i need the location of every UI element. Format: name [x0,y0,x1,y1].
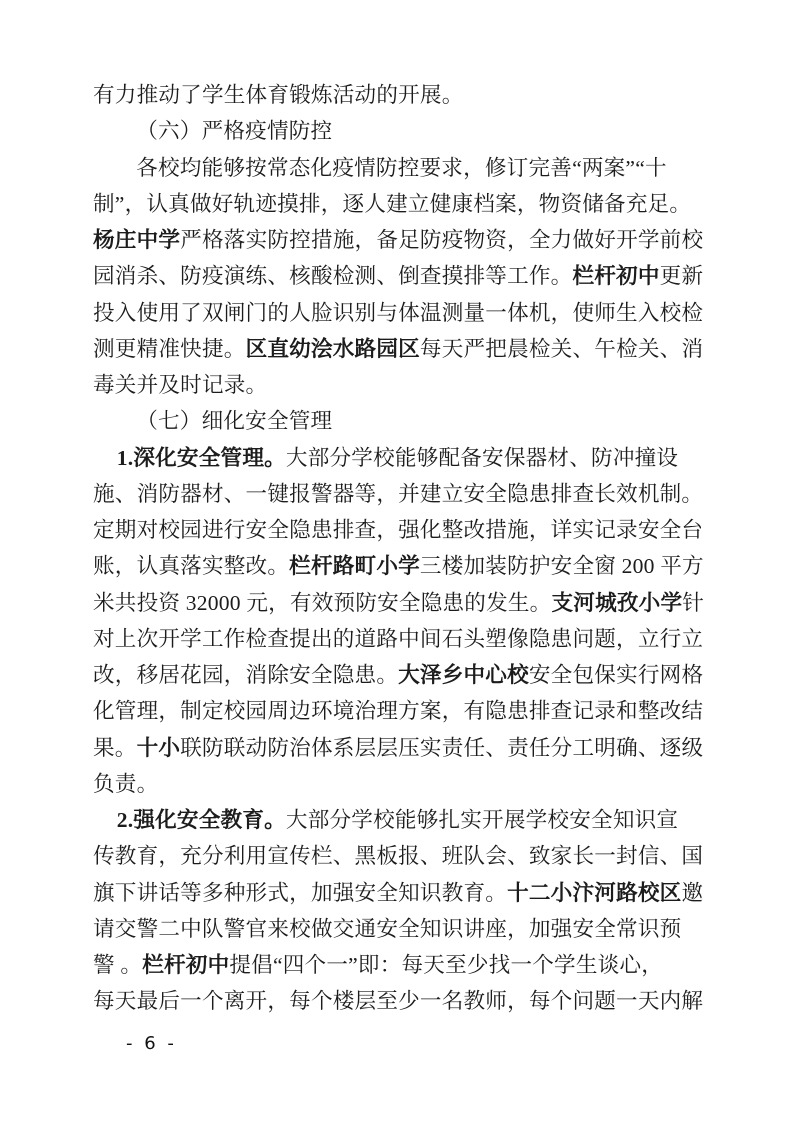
text-run: 每天严把晨检关、午检关、消 [420,337,703,361]
text-run: 园消杀、防疫演练、核酸检测、倒查摸排等工作。 [93,264,572,288]
text-line: 制”，认真做好轨迹摸排，逐人建立健康档案，物资储备充足。 [93,186,705,222]
emphasis-text-run: 杨庄中学 [93,228,180,252]
text-run: 施、消防器材、一键报警器等，并建立安全隐患排查长效机制。 [93,482,703,506]
text-run: 定期对校园进行安全隐患排查，强化整改措施，详实记录安全台 [93,518,703,542]
text-run: 负责。 [93,772,158,796]
text-run: 大部分学校能够配备安保器材、防冲撞设 [286,446,678,470]
text-run: 更新 [660,264,704,288]
text-run: 每天最后一个离开，每个楼层至少一名教师，每个问题一天内解 [93,989,703,1013]
text-line: 每天最后一个离开，每个楼层至少一名教师，每个问题一天内解 [93,983,705,1019]
text-run: 邀 [681,881,703,905]
emphasis-text-run: 支河城孜小学 [551,591,682,615]
text-run: 安全包保实行网格 [529,663,703,687]
text-run: 毒关并及时记录。 [93,373,267,397]
text-line: 改，移居花园，消除安全隐患。大泽乡中心校安全包保实行网格 [93,657,705,693]
text-run: 联防联动防治体系层层压实责任、责任分工明确、逐级 [180,736,703,760]
text-line: 请交警二中队警官来校做交通安全知识讲座，加强安全常识预 [93,911,705,947]
emphasis-text-run: 十二小汴河路校区 [507,881,681,905]
text-run: 测更精准快捷。 [93,337,246,361]
emphasis-text-run: 十小 [137,736,181,760]
emphasis-text-run: 栏杆初中 [142,953,229,977]
emphasis-text-run: 栏杆路町小学 [289,554,420,578]
text-run: 账，认真落实整改。 [93,554,289,578]
text-line: 有力推动了学生体育锻炼活动的开展。 [93,77,705,113]
emphasis-text-run: 大泽乡中心校 [398,663,529,687]
text-line: 毒关并及时记录。 [93,367,705,403]
text-run: 改，移居花园，消除安全隐患。 [93,663,398,687]
text-line: 投入使用了双闸门的人脸识别与体温测量一体机，使师生入校检 [93,295,705,331]
text-line: 各校均能够按常态化疫情防控要求，修订完善“两案”“十 [93,150,705,186]
text-run: 对上次开学工作检查提出的道路中间石头塑像隐患问题，立行立 [93,627,703,651]
text-run: 米共投资 32000 元，有效预防安全隐患的发生。 [93,591,551,615]
text-run: 请交警二中队警官来校做交通安全知识讲座，加强安全常识预 [93,917,681,941]
text-line: （六）严格疫情防控 [93,113,705,149]
text-line: 1.深化安全管理。大部分学校能够配备安保器材、防冲撞设 [93,440,705,476]
text-line: 施、消防器材、一键报警器等，并建立安全隐患排查长效机制。 [93,476,705,512]
text-run: 各校均能够按常态化疫情防控要求，修订完善“两案”“十 [136,156,667,180]
text-run: 果。 [93,736,137,760]
text-run: 三楼加装防护安全窗 200 平方 [420,554,704,578]
text-run: （六）严格疫情防控 [136,119,332,143]
text-line: （七）细化安全管理 [93,403,705,439]
page-number: - 6 - [126,1033,177,1054]
text-line: 测更精准快捷。区直幼浍水路园区每天严把晨检关、午检关、消 [93,331,705,367]
text-line: 对上次开学工作检查提出的道路中间石头塑像隐患问题，立行立 [93,621,705,657]
text-run: 传教育，充分利用宣传栏、黑板报、班队会、致家长一封信、国 [93,844,703,868]
text-run: 针 [682,591,704,615]
text-run: （七）细化安全管理 [136,409,332,433]
text-run: 有力推动了学生体育锻炼活动的开展。 [93,83,464,107]
emphasis-text-run: 区直幼浍水路园区 [246,337,420,361]
text-run: 化管理，制定校园周边环境治理方案，有隐患排查记录和整改结 [93,699,703,723]
text-run: 提倡“四个一”即：每天至少找一个学生谈心， [229,953,663,977]
text-run: 旗下讲话等多种形式，加强安全知识教育。 [93,881,507,905]
text-line: 旗下讲话等多种形式，加强安全知识教育。十二小汴河路校区邀 [93,875,705,911]
text-line: 米共投资 32000 元，有效预防安全隐患的发生。支河城孜小学针 [93,585,705,621]
text-run: 制”，认真做好轨迹摸排，逐人建立健康档案，物资储备充足。 [93,192,691,216]
text-line: 定期对校园进行安全隐患排查，强化整改措施，详实记录安全台 [93,512,705,548]
emphasis-text-run: 2.强化安全教育。 [117,808,286,832]
text-line: 2.强化安全教育。大部分学校能够扎实开展学校安全知识宣 [93,802,705,838]
text-run: 严格落实防控措施，备足防疫物资，全力做好开学前校 [180,228,703,252]
text-line: 负责。 [93,766,705,802]
text-line: 杨庄中学严格落实防控措施，备足防疫物资，全力做好开学前校 [93,222,705,258]
text-run: 警 。 [93,953,142,977]
text-line: 账，认真落实整改。栏杆路町小学三楼加装防护安全窗 200 平方 [93,548,705,584]
document-body: 有力推动了学生体育锻炼活动的开展。（六）严格疫情防控各校均能够按常态化疫情防控要… [93,77,705,1020]
text-run: 投入使用了双闸门的人脸识别与体温测量一体机，使师生入校检 [93,301,703,325]
text-line: 传教育，充分利用宣传栏、黑板报、班队会、致家长一封信、国 [93,838,705,874]
text-line: 化管理，制定校园周边环境治理方案，有隐患排查记录和整改结 [93,693,705,729]
text-run: 大部分学校能够扎实开展学校安全知识宣 [286,808,678,832]
document-page: 有力推动了学生体育锻炼活动的开展。（六）严格疫情防控各校均能够按常态化疫情防控要… [0,0,793,1122]
emphasis-text-run: 1.深化安全管理。 [117,446,286,470]
text-line: 果。十小联防联动防治体系层层压实责任、责任分工明确、逐级 [93,730,705,766]
emphasis-text-run: 栏杆初中 [572,264,659,288]
text-line: 园消杀、防疫演练、核酸检测、倒查摸排等工作。栏杆初中更新 [93,258,705,294]
text-line: 警 。栏杆初中提倡“四个一”即：每天至少找一个学生谈心， [93,947,705,983]
